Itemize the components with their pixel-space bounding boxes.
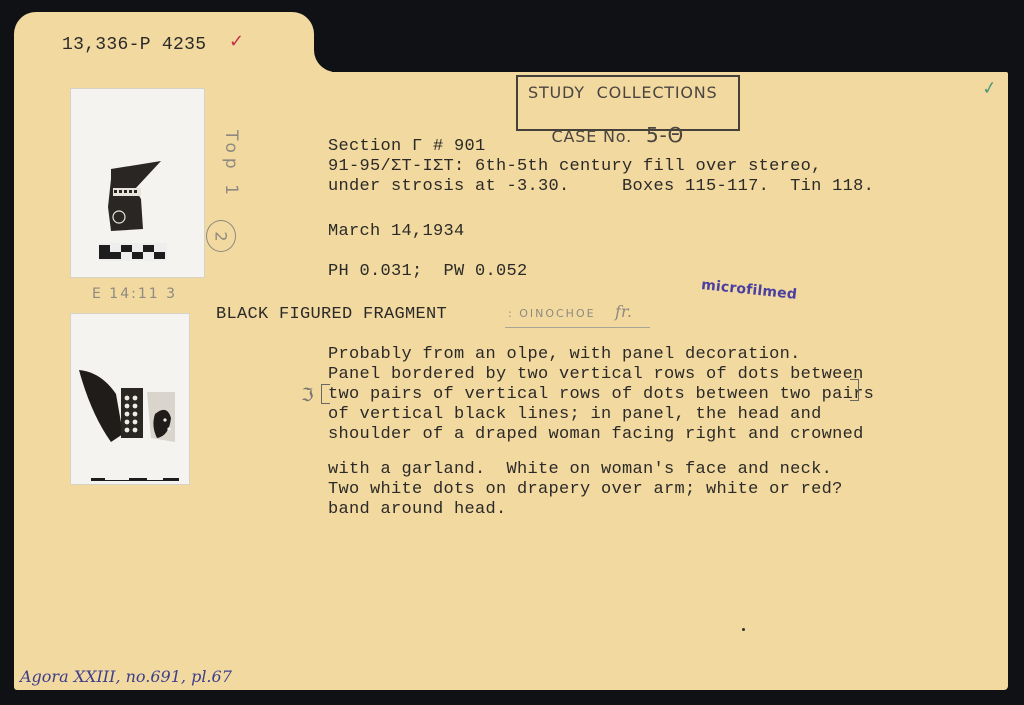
stamp-case-number: 5-Θ xyxy=(646,123,684,147)
description-line-2: Panel bordered by two vertical rows of d… xyxy=(328,365,864,385)
card-tab-notch xyxy=(302,44,332,74)
context-line-2: under strosis at -3.30. Boxes 115-117. T… xyxy=(328,177,874,197)
stamp-title: STUDY COLLECTIONS xyxy=(528,83,718,102)
description-line-3: two pairs of vertical rows of dots betwe… xyxy=(328,385,874,405)
card-speck xyxy=(742,628,745,631)
pencil-circled-number: 2 xyxy=(206,220,236,252)
dimensions-line: PH 0.031; PW 0.052 xyxy=(328,262,528,282)
pencil-margin-mark: ℑ xyxy=(301,385,314,406)
deletion-bracket-left xyxy=(321,384,330,404)
study-collections-stamp: STUDY COLLECTIONS CASE No.5-Θ xyxy=(516,75,740,131)
pencil-underline xyxy=(505,327,650,328)
pencil-grid-ref: E 14:11 3 xyxy=(92,286,177,302)
description-line-1: Probably from an olpe, with panel decora… xyxy=(328,345,801,365)
pencil-fr-note: fr. xyxy=(615,302,632,321)
description-line-8: band around head. xyxy=(328,500,507,520)
fragment-photo-bottom xyxy=(70,313,190,485)
fragment-photo-top xyxy=(70,88,205,278)
deletion-bracket-right xyxy=(850,379,859,401)
description-line-5: shoulder of a draped woman facing right … xyxy=(328,425,864,445)
description-line-7: Two white dots on drapery over arm; whit… xyxy=(328,480,843,500)
sherd-image-icon-2 xyxy=(71,314,189,484)
context-line-1: 91-95/ΣΤ-ΙΣΤ: 6th-5th century fill over … xyxy=(328,157,822,177)
description-line-4: of vertical black lines; in panel, the h… xyxy=(328,405,822,425)
date-line: March 14,1934 xyxy=(328,222,465,242)
section-line: Section Γ # 901 xyxy=(328,137,486,157)
sherd-image-icon xyxy=(71,89,204,277)
pencil-shape-note: : OINOCHOE xyxy=(508,307,596,320)
green-check-icon: ✓ xyxy=(981,77,999,100)
publication-reference: Agora XXIII, no.691, pl.67 xyxy=(20,667,232,686)
description-line-6: with a garland. White on woman's face an… xyxy=(328,460,832,480)
object-title: BLACK FIGURED FRAGMENT xyxy=(216,305,447,325)
accession-number: 13,336-P 4235 xyxy=(62,35,206,55)
stamp-case-label: CASE No. xyxy=(552,127,632,146)
red-check-icon: ✓ xyxy=(229,31,244,52)
pencil-top-note: Top 1 xyxy=(221,130,241,200)
circled-number-text: 2 xyxy=(212,231,231,241)
